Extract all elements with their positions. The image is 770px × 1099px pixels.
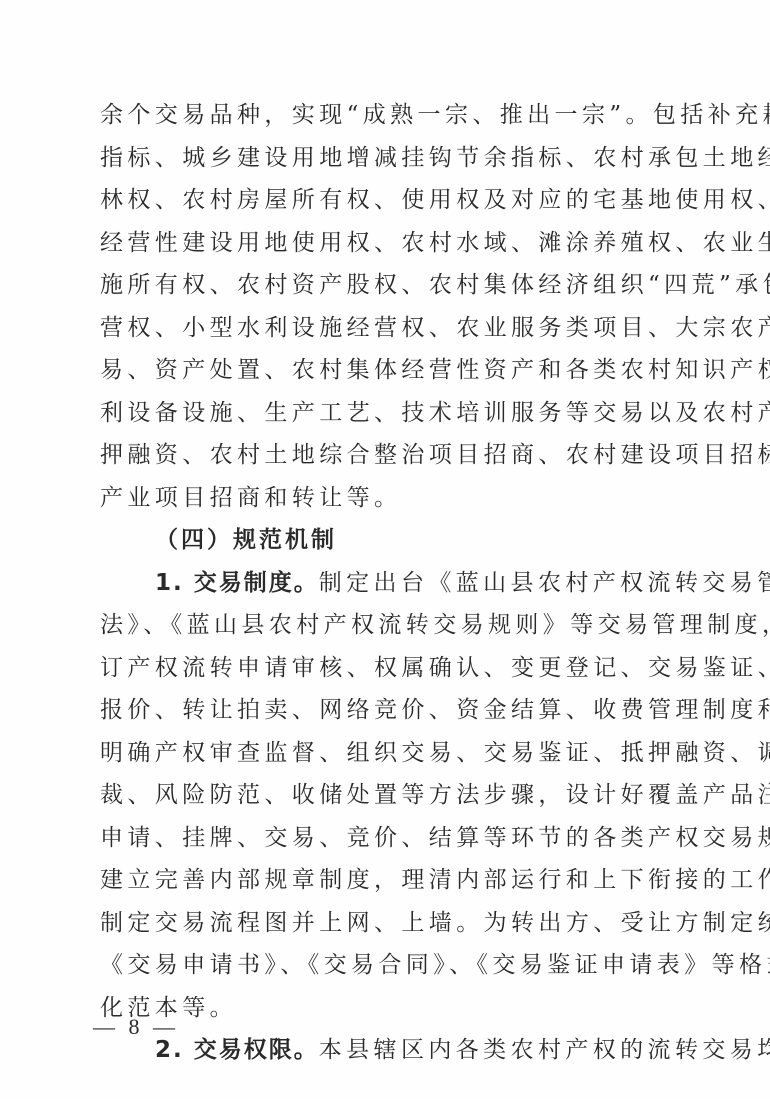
paragraph-line: 制定交易流程图并上网、上墙。为转出方、受让方制定统一的 bbox=[100, 902, 690, 945]
section-heading: （四）规范机制 bbox=[100, 519, 690, 562]
paragraph-line: 经营性建设用地使用权、农村水域、滩涂养殖权、农业生产设 bbox=[100, 222, 690, 265]
paragraph-line: 指标、城乡建设用地增减挂钩节余指标、农村承包土地经营权、 bbox=[100, 137, 690, 180]
item2-lead: 2. 交易权限。 bbox=[155, 1037, 319, 1063]
paragraph-line: 订产权流转申请审核、权属确认、变更登记、交易鉴证、动态 bbox=[100, 647, 690, 690]
paragraph-line: 《交易申请书》、《交易合同》、《交易鉴证申请表》等格式 bbox=[100, 944, 690, 987]
item1-first-line-text: 制定出台《蓝山县农村产权流转交易管理办 bbox=[319, 570, 770, 596]
item2-first-line-text: 本县辖区内各类农村产权的流转交易均由县 bbox=[319, 1037, 770, 1063]
page-number: — 8 — bbox=[93, 1014, 179, 1040]
paragraph-line: 产业项目招商和转让等。 bbox=[100, 477, 690, 520]
paragraph-line: 明确产权审查监督、组织交易、交易鉴证、抵押融资、调处仲 bbox=[100, 732, 690, 775]
paragraph-line: 林权、农村房屋所有权、使用权及对应的宅基地使用权、集体 bbox=[100, 179, 690, 222]
paragraph-line: 余个交易品种，实现“成熟一宗、推出一宗”。包括补充耕地 bbox=[100, 94, 690, 137]
paragraph-line: 法》、《蓝山县农村产权流转交易规则》等交易管理制度，制 bbox=[100, 604, 690, 647]
paragraph-line: 报价、转让拍卖、网络竞价、资金结算、收费管理制度和办法。 bbox=[100, 689, 690, 732]
paragraph-line: 化范本等。 bbox=[100, 987, 690, 1030]
paragraph-line: 易、资产处置、农村集体经营性资产和各类农村知识产权、专 bbox=[100, 349, 690, 392]
item1-first-line: 1. 交易制度。制定出台《蓝山县农村产权流转交易管理办 bbox=[100, 562, 690, 605]
paragraph-line: 营权、小型水利设施经营权、农业服务类项目、大宗农产品交 bbox=[100, 307, 690, 350]
paragraph-line: 建立完善内部规章制度，理清内部运行和上下衔接的工作程序， bbox=[100, 859, 690, 902]
body-text: 余个交易品种，实现“成熟一宗、推出一宗”。包括补充耕地 指标、城乡建设用地增减挂… bbox=[100, 94, 690, 1072]
paragraph-line: 施所有权、农村资产股权、农村集体经济组织“四荒”承包经 bbox=[100, 264, 690, 307]
paragraph-line: 利设备设施、生产工艺、技术培训服务等交易以及农村产权抵 bbox=[100, 392, 690, 435]
paragraph-line: 裁、风险防范、收储处置等方法步骤，设计好覆盖产品注册、 bbox=[100, 774, 690, 817]
paragraph-line: 押融资、农村土地综合整治项目招商、农村建设项目招标、农业 bbox=[100, 434, 690, 477]
item1-lead: 1. 交易制度。 bbox=[155, 570, 319, 596]
paragraph-line: 申请、挂牌、交易、竞价、结算等环节的各类产权交易规则。 bbox=[100, 817, 690, 860]
document-page: 余个交易品种，实现“成熟一宗、推出一宗”。包括补充耕地 指标、城乡建设用地增减挂… bbox=[0, 0, 770, 1099]
item2-first-line: 2. 交易权限。本县辖区内各类农村产权的流转交易均由县 bbox=[100, 1029, 690, 1072]
